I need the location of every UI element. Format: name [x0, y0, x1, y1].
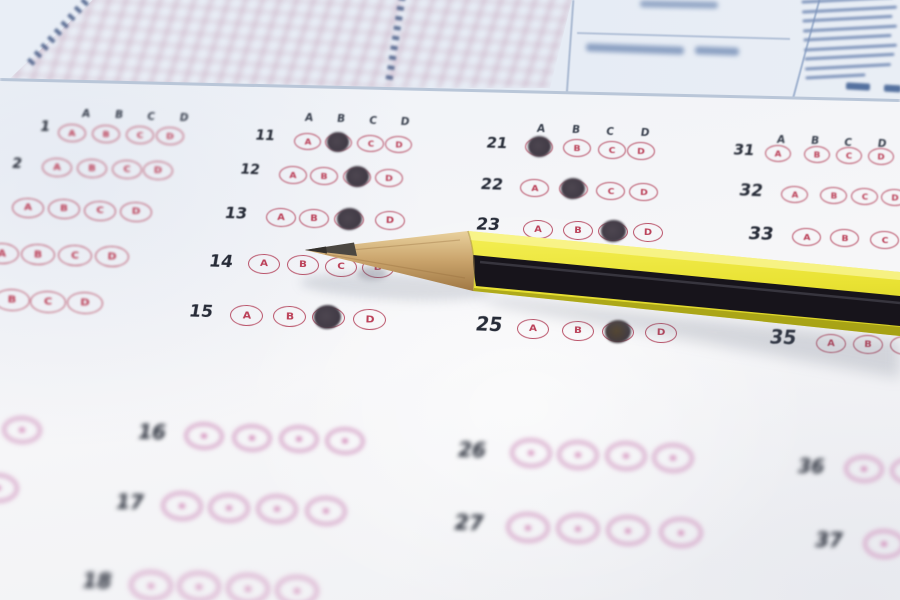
answer-bubble: [505, 511, 550, 544]
column-header-letter: A: [304, 112, 314, 124]
answer-bubble: D: [362, 257, 395, 278]
bubble-letter: D: [890, 193, 898, 202]
question-number: 25: [474, 314, 504, 337]
answer-bubble: B: [563, 139, 592, 158]
bubble-letter: C: [71, 250, 79, 261]
answer-bubble: C: [598, 140, 627, 159]
answer-bubble: C: [112, 159, 143, 179]
answer-bubble: [279, 425, 320, 454]
bubble-letter: D: [394, 140, 402, 149]
bubble-letter: A: [303, 136, 310, 145]
answer-bubble: B: [0, 289, 30, 312]
answer-bubble: D: [880, 189, 900, 207]
bubble-center-dot: [625, 528, 631, 533]
answer-bubble: C: [595, 181, 625, 200]
bubble-letter: C: [608, 144, 615, 154]
bubble-center-dot: [274, 507, 280, 512]
bubble-letter: C: [123, 164, 131, 174]
bubble-letter: D: [132, 207, 141, 217]
answer-bubble: [555, 512, 600, 545]
answer-bubble: [160, 490, 203, 521]
bubble-letter: B: [60, 204, 68, 214]
answer-bubble: B: [563, 220, 594, 240]
bubble-letter: D: [637, 145, 645, 155]
column-header-letter: B: [114, 109, 124, 121]
bubble-letter: D: [374, 263, 383, 273]
column-header-letter: C: [146, 110, 155, 122]
pencil-fill-mark: [313, 303, 343, 331]
pencil-fill-mark: [560, 177, 586, 201]
question-number: 15: [187, 302, 214, 323]
answer-bubble: D: [627, 141, 656, 160]
column-header-letter: A: [81, 108, 91, 120]
answer-bubble: A: [293, 132, 321, 150]
answer-bubble: C: [850, 187, 878, 205]
answer-bubble: [232, 423, 273, 452]
column-header-letter: B: [336, 113, 346, 125]
bubble-center-dot: [623, 454, 629, 459]
answer-bubble: D: [120, 201, 153, 222]
answer-bubble: [176, 570, 221, 600]
answer-bubble: A: [791, 227, 821, 246]
bubble-letter: C: [136, 130, 143, 140]
answer-bubble: D: [633, 223, 664, 243]
answer-bubble: A: [58, 124, 87, 143]
answer-bubble: [325, 426, 366, 455]
column-header-letter: C: [368, 114, 377, 126]
answer-bubble: A: [12, 197, 45, 218]
answer-bubble: [509, 437, 552, 468]
answer-bubble: D: [143, 161, 174, 181]
answer-bubble: C: [836, 147, 863, 165]
bubble-letter: D: [657, 328, 666, 338]
question-number: 18: [80, 569, 113, 594]
question-number: 31: [732, 141, 756, 160]
answer-bubble: B: [48, 199, 81, 220]
pencil-fill-mark: [335, 206, 362, 231]
column-header-letter: D: [178, 112, 188, 124]
bubble-letter: D: [80, 297, 90, 308]
answer-bubble: A: [517, 318, 550, 339]
answer-bubble: [862, 528, 900, 559]
answer-bubble: B: [829, 229, 859, 248]
question-number: 26: [456, 438, 488, 463]
question-number: 37: [813, 528, 845, 553]
answer-bubble: A: [229, 304, 263, 326]
answer-bubble: [128, 569, 173, 600]
answer-bubble: [255, 494, 298, 525]
bubble-center-dot: [678, 530, 684, 535]
question-number: 21: [485, 134, 509, 153]
answer-bubble: A: [248, 253, 281, 274]
bubble-center-dot: [296, 437, 302, 442]
answer-bubble: C: [84, 200, 117, 221]
bubble-letter: B: [574, 225, 582, 235]
answer-sheet-photo: ABCDABCDABCDABCD1ABCD2ABCD3ABCD4ABCD5ABC…: [0, 0, 900, 600]
answer-bubble: [274, 574, 319, 600]
bubble-letter: A: [242, 309, 251, 320]
column-header-letter: B: [571, 124, 581, 136]
question-number: 35: [768, 327, 798, 350]
bubble-letter: B: [829, 191, 836, 200]
question-number: 2: [11, 156, 24, 172]
answer-bubble: A: [523, 219, 554, 239]
column-header-letter: D: [639, 127, 649, 139]
bubble-letter: A: [24, 203, 32, 213]
question-number: 11: [254, 128, 276, 145]
answer-bubble: [207, 492, 250, 523]
answer-bubble: C: [325, 256, 358, 277]
bubble-letter: D: [639, 187, 647, 197]
answer-bubble: A: [519, 178, 549, 197]
bubble-letter: A: [529, 324, 537, 334]
answer-bubble: [184, 421, 225, 450]
question-number: 33: [747, 223, 776, 245]
bubble-letter: B: [813, 150, 820, 159]
bubble-letter: A: [68, 128, 76, 138]
bubble-center-dot: [148, 582, 154, 587]
answer-bubble: C: [30, 290, 67, 313]
bubble-center-dot: [525, 524, 531, 529]
answer-bubble: D: [645, 323, 678, 344]
question-number: 13: [223, 203, 249, 223]
answer-bubble: [844, 454, 885, 483]
answer-bubble: D: [156, 127, 185, 146]
answer-bubble: C: [890, 336, 900, 356]
answer-bubble: D: [375, 211, 406, 231]
bubble-center-dot: [249, 435, 255, 440]
bubble-letter: C: [337, 262, 345, 272]
column-header-letter: D: [400, 116, 410, 128]
bubble-letter: B: [573, 143, 580, 153]
bubble-letter: B: [310, 213, 318, 223]
bubble-letter: A: [0, 247, 6, 258]
question-number: 12: [239, 162, 261, 179]
answer-bubble: D: [352, 308, 386, 330]
bubble-letter: C: [44, 296, 53, 307]
bubble-letter: C: [96, 205, 104, 215]
bubble-letter: B: [320, 171, 327, 181]
bubble-letter: A: [530, 183, 538, 193]
question-number: 27: [452, 511, 485, 536]
answer-bubble: C: [356, 134, 384, 152]
answer-bubble-clipped: [2, 415, 43, 444]
answer-bubble: C: [869, 230, 899, 249]
answer-bubble: B: [310, 167, 339, 186]
column-header-letter: A: [536, 123, 546, 135]
bubble-center-dot: [670, 455, 676, 460]
answer-bubble: [556, 439, 599, 470]
bubble-center-dot: [294, 588, 300, 593]
bubble-letter: B: [102, 129, 109, 139]
question-number: 32: [737, 181, 764, 202]
bubble-letter: A: [53, 162, 61, 172]
bubble-letter: A: [802, 232, 810, 242]
answer-bubble: [605, 514, 650, 547]
answer-bubble-clipped: [0, 472, 20, 503]
answer-bubble: A: [816, 333, 847, 353]
bubble-letter: D: [385, 173, 393, 183]
pencil-fill-mark: [599, 218, 626, 243]
bubble-letter: C: [846, 151, 853, 160]
answer-bubble: [890, 456, 900, 485]
answer-bubble: A: [780, 185, 808, 203]
answer-bubble: D: [384, 135, 412, 153]
answer-bubble: B: [819, 186, 847, 204]
question-number: 1: [39, 119, 52, 135]
bubble-letter: A: [827, 338, 835, 348]
bubble-letter: B: [285, 311, 294, 322]
answer-bubble: B: [804, 145, 831, 163]
bubble-center-dot: [528, 450, 534, 455]
answer-bubble: A: [279, 166, 308, 185]
question-number: 22: [479, 174, 505, 194]
bubble-center-dot: [201, 433, 207, 438]
bubble-letter: D: [877, 152, 885, 161]
bubble-letter: A: [277, 212, 285, 222]
bubble-letter: A: [774, 148, 781, 157]
answer-bubble: A: [765, 144, 792, 162]
bubble-center-dot: [342, 438, 348, 443]
bubble-letter: D: [166, 131, 174, 141]
bubble-letter: B: [574, 325, 582, 335]
bubble-center-dot: [245, 586, 251, 591]
bubble-center-dot: [323, 508, 329, 513]
answer-bubble: D: [628, 182, 658, 201]
pencil-fill-mark: [603, 318, 632, 344]
answer-bubble: D: [67, 291, 104, 314]
bubble-center-dot: [575, 526, 581, 531]
pencil-fill-mark: [526, 134, 552, 158]
answer-bubble: [304, 495, 347, 526]
question-number: 23: [474, 215, 501, 236]
bubble-center-dot: [0, 485, 1, 490]
answer-bubble: B: [92, 125, 121, 144]
answer-bubble: D: [375, 169, 404, 188]
answer-grid: ABCDABCDABCDABCD1ABCD2ABCD3ABCD4ABCD5ABC…: [0, 0, 900, 600]
answer-bubble: D: [95, 246, 130, 268]
question-number: 14: [207, 252, 234, 273]
bubble-letter: B: [34, 249, 43, 260]
bubble-center-dot: [179, 503, 185, 508]
answer-bubble: A: [266, 207, 297, 227]
bubble-letter: D: [644, 228, 653, 238]
bubble-center-dot: [881, 541, 887, 546]
bubble-center-dot: [196, 584, 202, 589]
answer-bubble: B: [853, 334, 884, 354]
bubble-letter: B: [840, 233, 847, 243]
bubble-letter: B: [299, 260, 307, 270]
answer-bubble: B: [287, 255, 320, 276]
bubble-letter: C: [606, 186, 613, 196]
bubble-center-dot: [861, 466, 867, 471]
column-header-letter: C: [605, 126, 614, 138]
answer-bubble: B: [272, 305, 306, 327]
bubble-letter: A: [289, 170, 297, 180]
bubble-letter: C: [367, 139, 374, 148]
pencil-fill-mark: [344, 165, 370, 189]
bubble-letter: C: [861, 192, 868, 201]
question-number: 16: [136, 420, 168, 445]
answer-bubble: [604, 441, 647, 472]
answer-bubble: [651, 442, 694, 473]
bubble-letter: D: [386, 216, 395, 226]
answer-bubble: B: [21, 243, 56, 265]
answer-bubble: B: [562, 320, 595, 341]
bubble-letter: A: [790, 189, 797, 198]
answer-bubble: C: [126, 126, 155, 145]
bubble-letter: D: [107, 251, 116, 262]
question-number: 36: [796, 456, 826, 479]
answer-bubble: [225, 572, 270, 600]
question-number: 17: [114, 490, 146, 515]
bubble-letter: C: [880, 235, 887, 245]
bubble-letter: A: [260, 259, 268, 269]
answer-bubble: D: [868, 148, 895, 166]
answer-bubble: C: [58, 244, 93, 266]
bubble-letter: D: [154, 165, 163, 175]
bubble-letter: A: [534, 224, 542, 234]
bubble-letter: D: [364, 314, 373, 325]
bubble-letter: B: [864, 339, 872, 349]
answer-bubble: [658, 516, 703, 549]
answer-bubble: A: [42, 157, 73, 177]
answer-bubble: A: [0, 242, 19, 264]
bubble-center-dot: [19, 427, 25, 432]
answer-bubble: B: [77, 158, 108, 178]
bubble-letter: B: [7, 295, 16, 306]
bubble-letter: B: [88, 163, 96, 173]
bubble-center-dot: [575, 452, 581, 457]
bubble-center-dot: [226, 505, 232, 510]
answer-bubble: B: [299, 208, 330, 228]
